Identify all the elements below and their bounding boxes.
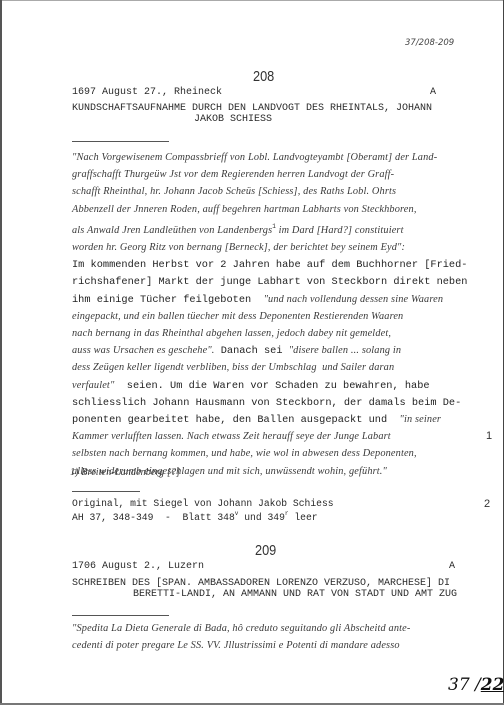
document-number-208: 208 [253,68,274,85]
text-line: "Spedita La Dieta Generale di Bada, hô c… [72,621,472,638]
document-body-208: "Nach Vorgewisenem Compassbrieff von Lob… [72,150,472,481]
text-line: als Anwald Jren Landleüthen von Landenbe… [72,219,472,240]
text-line: Abbenzell der Jnneren Roden, auff begehr… [72,202,472,219]
quoted-text: Abbenzell der Jnneren Roden, auff begehr… [72,204,417,215]
title-line1-209: SCHREIBEN DES [SPAN. AMBASSADOREN LORENZ… [72,578,450,589]
text-line: ponenten gearbeitet habe, den Ballen aus… [72,412,472,429]
quoted-text: "Spedita La Dieta Generale di Bada, hô c… [72,623,410,634]
quoted-text: "disere ballen ... solang in [289,345,402,356]
quoted-text: "Nach Vorgewisenem Compassbrieff von Lob… [72,152,437,163]
text-line: "Nach Vorgewisenem Compassbrieff von Lob… [72,150,472,167]
quoted-text: Kammer verlufften lassen. Nach etwass Ze… [72,431,391,442]
text-line: ihm einige Tücher feilgeboten "und nach … [72,292,472,309]
text-line: richshafener] Markt der junge Labhart vo… [72,274,472,291]
summary-text: ihm einige Tücher feilgeboten [72,294,264,306]
text-line: auss was Ursachen es geschehe". Danach s… [72,343,472,360]
text-line: nach bernang in das Rheinthal abgehen la… [72,326,472,343]
summary-text: Danach sei [215,345,289,357]
text-line: schafft Rheinthal, hr. Johann Jacob Sche… [72,184,472,201]
quoted-text: nach bernang in das Rheinthal abgehen la… [72,328,391,339]
text-line: schliesslich Johann Hausmann von Steckbo… [72,395,472,412]
text-line: worden hr. Georg Ritz von bernang [Berne… [72,240,472,257]
date-place-208: 1697 August 27., Rheineck [72,87,222,99]
footnote-rule [72,491,140,492]
footnote: 1) Breiten-Landenberg [?] [70,467,180,478]
quoted-text: worden hr. Georg Ritz von bernang [Berne… [72,242,405,253]
quoted-text: eingepackt, und ein ballen tüecher mit d… [72,311,403,322]
type-mark-208: A [430,87,436,99]
document-number-209: 209 [255,542,276,559]
quoted-text: "in seiner [400,414,442,425]
text-line: graffschafft Thurgeüw Jst vor dem Regier… [72,167,472,184]
summary-text: ponenten gearbeitet habe, den Ballen aus… [72,414,400,426]
quoted-text: cedenti di poter pregare Le SS. VV. Jllu… [72,640,400,651]
quoted-text: als Anwald Jren Landleüthen von Landenbe… [72,225,272,236]
text-line: selbsten nach bernang kommen, und habe, … [72,446,472,463]
text-line: Kammer verlufften lassen. Nach etwass Ze… [72,429,472,446]
summary-text: Im kommenden Herbst vor 2 Jahren habe au… [72,259,467,271]
text-line: dess Zeügen keller ligendt verbliben, bi… [72,360,472,377]
quoted-text: graffschafft Thurgeüw Jst vor dem Regier… [72,169,394,180]
text-line: verfaulet" seien. Um die Waren vor Schad… [72,378,472,395]
margin-mark-2: 2 [484,498,490,510]
quoted-text: verfaulet" [72,380,114,391]
text-line: Im kommenden Herbst vor 2 Jahren habe au… [72,257,472,274]
quoted-text: auss was Ursachen es geschehe". [72,345,215,356]
quoted-text: "und nach vollendung dessen sine Waaren [264,294,444,305]
text-line: cedenti di poter pregare Le SS. VV. Jllu… [72,638,472,655]
margin-mark-1: 1 [486,430,492,442]
date-place-209: 1706 August 2., Luzern [72,561,204,573]
document-body-209: "Spedita La Dieta Generale di Bada, hô c… [72,621,472,655]
page-edge-left [0,0,2,705]
source-line2-a: AH 37, 348-349 - Blatt 348 [72,512,235,523]
source-line1: Original, mit Siegel von Johann Jakob Sc… [72,499,334,509]
source-line2: AH 37, 348-349 - Blatt 348v und 349r lee… [72,509,318,523]
type-mark-209: A [449,561,455,573]
section-rule [72,141,169,142]
quoted-text: selbsten nach bernang kommen, und habe, … [72,448,417,459]
summary-text: seien. Um die Waren vor Schaden zu bewah… [114,380,429,392]
page-edge-top [0,0,504,1]
summary-text: richshafener] Markt der junge Labhart vo… [72,276,467,288]
title-line1-208: KUNDSCHAFTSAUFNAHME DURCH DEN LANDVOGT D… [72,103,432,114]
quoted-text: schafft Rheinthal, hr. Johann Jacob Sche… [72,186,396,197]
quoted-text: im Dard [Hard?] constituiert [276,225,404,236]
title-line2-208: JAKOB SCHIESS [194,114,272,125]
source-line2-c: leer [289,512,318,523]
handwritten-page-number: 37 /229 [448,675,504,695]
text-line: eingepackt, und ein ballen tüecher mit d… [72,309,472,326]
archive-reference: 37/208-209 [405,38,454,48]
summary-text: schliesslich Johann Hausmann von Steckbo… [72,397,461,409]
source-line2-b: und 349 [238,512,285,523]
section-rule-209 [72,615,169,616]
quoted-text: dess Zeügen keller ligendt verbliben, bi… [72,362,394,373]
title-line2-209: BERETTI-LANDI, AN AMMANN UND RAT VON STA… [133,589,457,600]
